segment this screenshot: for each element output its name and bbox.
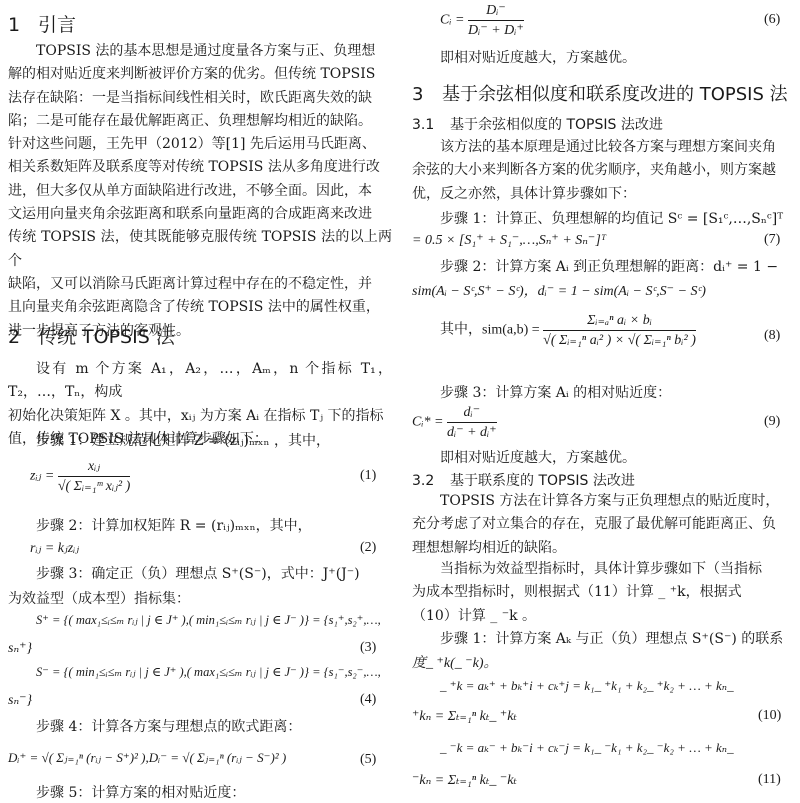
equation-3-cont: sₙ⁺} bbox=[8, 640, 32, 657]
equation-number-1: (1) bbox=[360, 468, 376, 484]
section-heading-traditional-topsis: 2传统 TOPSIS 法 bbox=[8, 322, 175, 349]
equation-10: _ ⁺k = aₖ⁺ + bₖ⁺i + cₖ⁺j = k₁_ ⁺k₁ + k₂_… bbox=[440, 678, 734, 694]
note-closeness: 即相对贴近度越大，方案越优。 bbox=[440, 47, 636, 67]
equation-8: 其中，sim(a,b) = Σᵢ₌ₐⁿ aᵢ × bᵢ√( Σᵢ₌₁ⁿ aᵢ² … bbox=[440, 312, 696, 349]
connection-paragraph-2: 当指标为效益型指标时，具体计算步骤如下（当指标 为成本型指标时，则根据式（11）… bbox=[412, 558, 796, 628]
equation-9: Cᵢ* = dᵢ⁻dᵢ⁻ + dᵢ⁺ bbox=[412, 404, 497, 441]
equation-number-2: (2) bbox=[360, 540, 376, 556]
cosine-paragraph: 该方法的基本原理是通过比较各方案与理想方案间夹角 余弦的大小来判断各方案的优劣顺… bbox=[412, 136, 796, 206]
equation-5: Dᵢ⁺ = √( Σⱼ₌₁ⁿ (rᵢⱼ − S⁺)² ),Dᵢ⁻ = √( Σⱼ… bbox=[8, 750, 286, 766]
step-4-text: 步骤 4：计算各方案与理想点的欧式距离： bbox=[36, 716, 301, 736]
equation-4: S⁻ = {( min₁≤ᵢ≤ₘ rᵢⱼ | j ∈ J⁺ ),( max₁≤ᵢ… bbox=[36, 664, 381, 680]
subsection-heading-connection: 3.2基于联系度的 TOPSIS 法改进 bbox=[412, 470, 635, 490]
equation-number-7: (7) bbox=[764, 232, 780, 248]
equation-number-9: (9) bbox=[764, 414, 780, 430]
equation-3: S⁺ = {( max₁≤ᵢ≤ₘ rᵢⱼ | j ∈ J⁺ ),( min₁≤ᵢ… bbox=[36, 612, 381, 628]
equation-number-11: (11) bbox=[758, 772, 781, 788]
equation-11-cont: ⁻kₙ = Σₜ₌₁ⁿ kₜ_ ⁻kₜ bbox=[412, 772, 517, 789]
section-heading-improved-topsis: 3基于余弦相似度和联系度改进的 TOPSIS 法 bbox=[412, 80, 788, 106]
section-heading-intro: 1引言 bbox=[8, 10, 76, 37]
step-2-text: 步骤 2：计算加权矩阵 R = (rᵢⱼ)ₘₓₙ，其中， bbox=[36, 515, 312, 535]
equation-number-8: (8) bbox=[764, 328, 780, 344]
equation-number-10: (10) bbox=[758, 708, 781, 724]
equation-number-6: (6) bbox=[764, 12, 780, 28]
equation-number-4: (4) bbox=[360, 692, 376, 708]
equation-number-5: (5) bbox=[360, 752, 376, 768]
equation-1: zᵢⱼ = xᵢⱼ√( Σᵢ₌₁ᵐ xᵢⱼ² ) bbox=[30, 458, 130, 495]
step-5-text: 步骤 5：计算方案的相对贴近度： bbox=[36, 782, 245, 802]
connection-step-1-cont: 度_ ⁺k(_ ⁻k)。 bbox=[412, 652, 498, 672]
equation-11: _ ⁻k = aₖ⁻ + bₖ⁻i + cₖ⁻j = k₁_ ⁻k₁ + k₂_… bbox=[440, 740, 734, 756]
cosine-step-3-text: 步骤 3：计算方案 Aᵢ 的相对贴近度： bbox=[440, 382, 671, 402]
equation-number-3: (3) bbox=[360, 640, 376, 656]
note-closeness-2: 即相对贴近度越大，方案越优。 bbox=[440, 447, 636, 467]
intro-paragraph: TOPSIS 法的基本思想是通过度量各方案与正、负理想 解的相对贴近度来判断被评… bbox=[8, 40, 392, 343]
step-3-text: 步骤 3：确定正（负）理想点 S⁺(S⁻)，式中：J⁺(J⁻) bbox=[36, 563, 392, 583]
connection-paragraph-1: TOPSIS 方法在计算各方案与正负理想点的贴近度时， 充分考虑了对立集合的存在… bbox=[412, 490, 796, 560]
equation-10-cont: ⁺kₙ = Σₜ₌₁ⁿ kₜ_ ⁺kₜ bbox=[412, 708, 517, 725]
step-1-text: 步骤 1：建立规范化矩阵 Z = (zᵢⱼ)ₘₓₙ ，其中， bbox=[36, 430, 330, 450]
cosine-step-1-text: 步骤 1：计算正、负理想解的均值记 Sᶜ = [S₁ᶜ,…,Sₙᶜ]ᵀ bbox=[440, 208, 783, 228]
equation-6: Cᵢ = Dᵢ⁻Dᵢ⁻ + Dᵢ⁺ bbox=[440, 2, 524, 39]
equation-2: rᵢⱼ = kⱼzᵢⱼ bbox=[30, 540, 79, 557]
connection-step-1-text: 步骤 1：计算方案 Aₖ 与正（负）理想点 S⁺(S⁻) 的联系 bbox=[440, 628, 783, 648]
equation-7: = 0.5 × [S₁⁺ + S₁⁻,…,Sₙ⁺ + Sₙ⁻]ᵀ bbox=[412, 232, 606, 249]
cosine-step-2-text: 步骤 2：计算方案 Aᵢ 到正负理想解的距离：dᵢ⁺ = 1 − bbox=[440, 256, 778, 276]
step-3-text-cont: 为效益型（成本型）指标集： bbox=[8, 588, 190, 608]
subsection-heading-cosine: 3.1基于余弦相似度的 TOPSIS 法改进 bbox=[412, 114, 663, 134]
equation-4-cont: sₙ⁻} bbox=[8, 692, 32, 709]
cosine-step-2-formula: sim(Aᵢ − Sᶜ,S⁺ − Sᶜ)，dᵢ⁻ = 1 − sim(Aᵢ − … bbox=[412, 280, 706, 300]
